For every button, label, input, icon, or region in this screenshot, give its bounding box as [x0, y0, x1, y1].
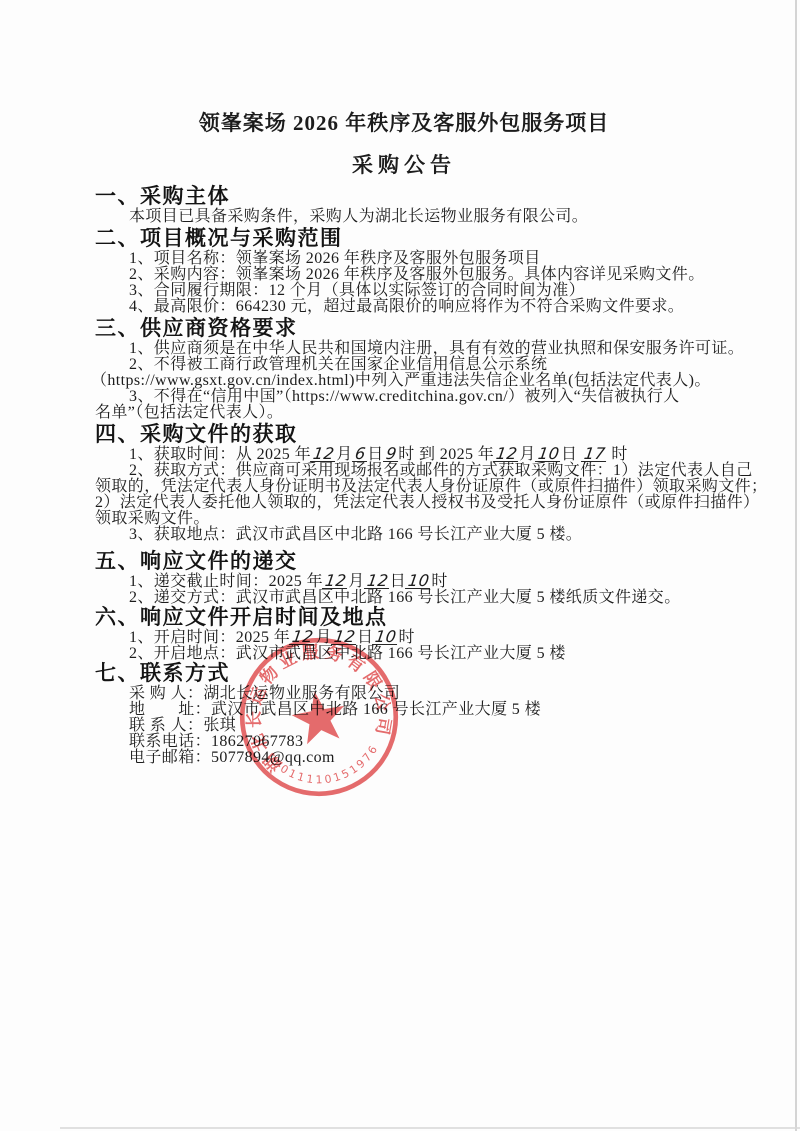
section3-line1: 1、供应商须是在中华人民共和国境内注册，具有有效的营业执照和保安服务许可证。: [95, 341, 713, 357]
section4-line5: 领取采购文件。: [95, 511, 713, 527]
contact-phone: 联系电话：18627067783: [95, 734, 713, 750]
handwritten-day: 6: [352, 447, 369, 462]
text-segment: 时: [399, 629, 415, 646]
section-heading-1: 一、采购主体: [95, 185, 713, 209]
announcement-document: 领峯案场 2026 年秩序及客服外包服务项目 采购公告 一、采购主体 本项目已具…: [95, 110, 713, 766]
section-heading-3: 三、供应商资格要求: [95, 317, 713, 341]
text-segment: 日: [390, 573, 406, 590]
handwritten-hour: 9: [383, 447, 400, 462]
section5-line2: 2、递交方式：武汉市武昌区中北路 166 号长江产业大厦 5 楼纸质文件递交。: [95, 590, 713, 606]
section6-open-time-line: 1、开启时间：2025 年12月12日10时: [95, 630, 713, 646]
handwritten-hour: 17: [581, 447, 608, 462]
section-heading-2: 二、项目概况与采购范围: [95, 227, 713, 251]
section-heading-4: 四、采购文件的获取: [95, 423, 713, 447]
handwritten-month: 12: [289, 630, 316, 645]
section2-line4: 4、最高限价：664230 元，超过最高限价的响应将作为不符合采购文件要求。: [95, 299, 713, 315]
section2-line1: 1、项目名称：领峯案场 2026 年秩序及客服外包服务项目: [95, 251, 713, 267]
text-segment: 月: [336, 446, 352, 463]
handwritten-day: 12: [364, 574, 391, 589]
handwritten-day: 10: [535, 447, 562, 462]
handwritten-month: 12: [493, 447, 520, 462]
contact-address: 地 址：武汉市武昌区中北路 166 号长江产业大厦 5 楼: [95, 702, 713, 718]
document-subtitle: 采购公告: [95, 152, 713, 178]
scan-edge-bottom: [60, 1127, 800, 1129]
contact-email: 电子邮箱：5077894@qq.com: [95, 750, 713, 766]
section3-line2: 2、不得被工商行政管理机关在国家企业信用信息公示系统: [95, 357, 713, 373]
text-segment: 日: [367, 446, 383, 463]
section3-line5: 名单”（包括法定代表人）。: [95, 405, 713, 421]
section4-line4: 2）法定代表人委托他人领取的，凭法定代表人授权书及受托人身份证原件（或原件扫描件…: [95, 495, 713, 511]
contact-person: 联 系 人：张琪: [95, 718, 713, 734]
section1-line1: 本项目已具备采购条件，采购人为湖北长运物业服务有限公司。: [95, 209, 713, 225]
section4-acquire-time-line: 1、获取时间：从 2025 年12月6日9时 到 2025 年12月10日 17…: [95, 447, 713, 463]
text-segment: 日: [561, 446, 582, 463]
document-title: 领峯案场 2026 年秩序及客服外包服务项目: [95, 110, 713, 136]
section-heading-6: 六、响应文件开启时间及地点: [95, 606, 713, 630]
text-segment: 1、获取时间：从 2025 年: [129, 446, 311, 463]
handwritten-month: 12: [322, 574, 349, 589]
text-segment: 月: [519, 446, 535, 463]
contact-purchaser: 采 购 人：湖北长运物业服务有限公司: [95, 686, 713, 702]
section4-line6: 3、获取地点：武汉市武昌区中北路 166 号长江产业大厦 5 楼。: [95, 527, 713, 543]
text-segment: 时 到 2025 年: [398, 446, 494, 463]
text-segment: 1、开启时间：2025 年: [129, 629, 290, 646]
section3-line3: （https://www.gsxt.gov.cn/index.html)中列入严…: [95, 373, 713, 389]
section6-line2: 2、开启地点：武汉市武昌区中北路 166 号长江产业大厦 5 楼: [95, 646, 713, 662]
handwritten-month: 12: [310, 447, 337, 462]
handwritten-hour: 10: [372, 630, 399, 645]
section-heading-7: 七、联系方式: [95, 662, 713, 686]
section2-line2: 2、采购内容：领峯案场 2026 年秩序及客服外包服务。具体内容详见采购文件。: [95, 267, 713, 283]
handwritten-day: 12: [331, 630, 358, 645]
text-segment: 月: [315, 629, 331, 646]
text-segment: 时: [607, 446, 628, 463]
text-segment: 时: [431, 573, 447, 590]
section5-deadline-line: 1、递交截止时间：2025 年12月12日10时: [95, 574, 713, 590]
section3-line4: 3、不得在“信用中国”（https://www.creditchina.gov.…: [95, 389, 713, 405]
text-segment: 1、递交截止时间：2025 年: [129, 573, 323, 590]
handwritten-hour: 10: [405, 574, 432, 589]
section4-line3: 领取的，凭法定代表人身份证明书及法定代表人身份证原件（或原件扫描件）领取采购文件…: [95, 479, 713, 495]
text-segment: 月: [348, 573, 364, 590]
section-heading-5: 五、响应文件的递交: [95, 550, 713, 574]
section2-line3: 3、合同履行期限：12 个月（具体以实际签订的合同时间为准）: [95, 283, 713, 299]
scan-edge-right: [795, 0, 797, 1131]
text-segment: 日: [357, 629, 373, 646]
section4-line2: 2、获取方式：供应商可采用现场报名或邮件的方式获取采购文件：1）法定代表人自己: [95, 463, 713, 479]
